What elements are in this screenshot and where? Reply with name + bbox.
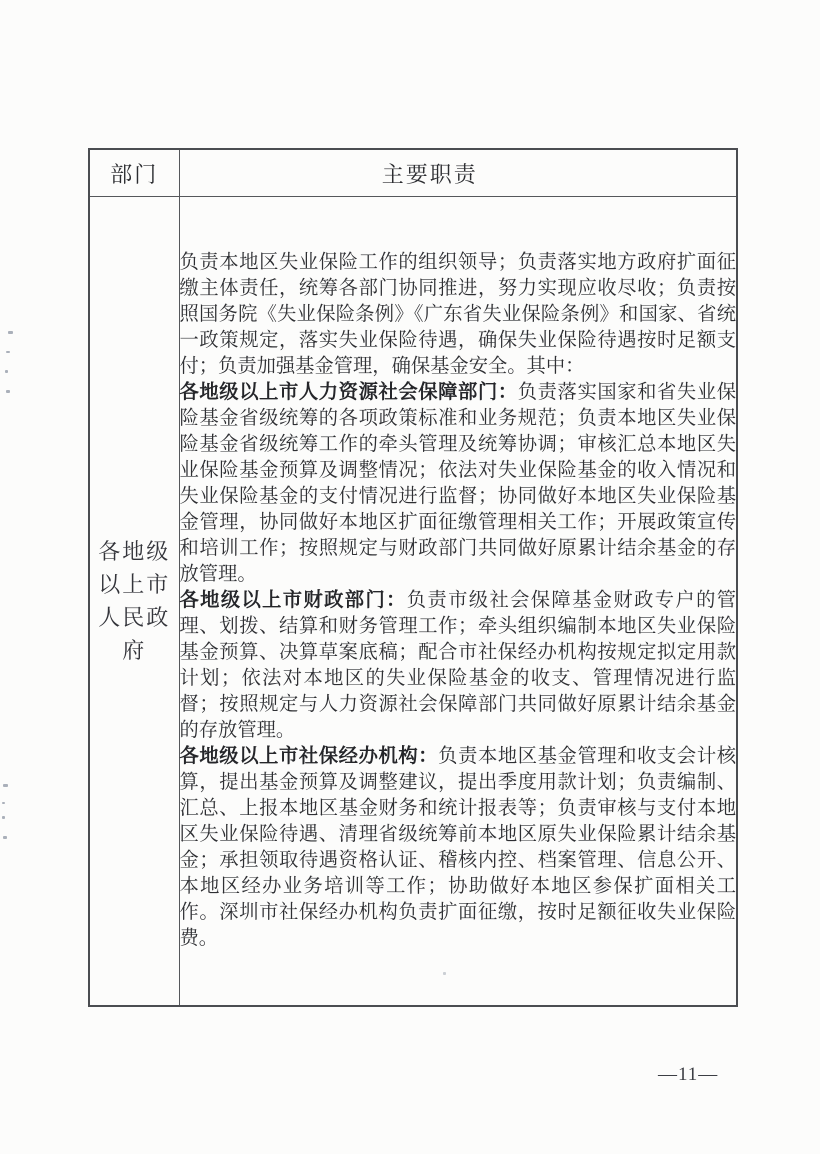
duties-intro-paragraph: 负责本地区失业保险工作的组织领导；负责落实地方政府扩面征缴主体责任，统筹各部门协… — [180, 250, 737, 380]
section-label: 各地级以上市财政部门： — [180, 590, 407, 611]
department-name: 各地级以上市人民政府 — [96, 535, 172, 667]
duty-section-paragraph-hrss: 各地级以上市人力资源社会保障部门：负责落实国家和省失业保险基金省级统筹的各项政策… — [180, 380, 737, 588]
duties-table: 部门 主要职责 各地级以上市人民政府 负责本地区失业保险工作的组织领导；负责落实… — [88, 148, 738, 1007]
section-text: 负责落实国家和省失业保险基金省级统筹的各项政策标准和业务规范；负责本地区失业保险… — [180, 382, 737, 585]
duties-cell: 负责本地区失业保险工作的组织领导；负责落实地方政府扩面征缴主体责任，统筹各部门协… — [179, 197, 737, 1007]
table-row: 各地级以上市人民政府 负责本地区失业保险工作的组织领导；负责落实地方政府扩面征缴… — [89, 197, 737, 1007]
header-duties-label: 主要职责 — [382, 158, 478, 189]
section-label: 各地级以上市社保经办机构： — [180, 746, 439, 767]
header-cell-duties: 主要职责 — [179, 149, 737, 197]
margin-mark — [3, 836, 7, 839]
section-text: 负责市级社会保障基金财政专户的管理、划拨、结算和财务管理工作；牵头组织编制本地区… — [180, 590, 737, 741]
margin-mark — [6, 390, 10, 393]
page-number: —11— — [658, 1064, 718, 1086]
section-label: 各地级以上市人力资源社会保障部门： — [180, 382, 518, 403]
margin-mark — [2, 816, 5, 819]
section-text: 负责本地区基金管理和收支会计核算，提出基金预算及调整建议，提出季度用款计划；负责… — [180, 746, 737, 949]
margin-mark — [3, 784, 8, 787]
margin-mark — [2, 802, 5, 804]
department-cell: 各地级以上市人民政府 — [89, 197, 179, 1007]
margin-mark — [8, 331, 13, 334]
header-department-label: 部门 — [110, 162, 158, 187]
margin-mark — [5, 370, 8, 373]
header-cell-department: 部门 — [89, 149, 179, 197]
duties-text-block: 负责本地区失业保险工作的组织领导；负责落实地方政府扩面征缴主体责任，统筹各部门协… — [180, 250, 737, 952]
margin-mark — [6, 351, 10, 353]
duty-section-paragraph-finance: 各地级以上市财政部门：负责市级社会保障基金财政专户的管理、划拨、结算和财务管理工… — [180, 588, 737, 744]
table-header-row: 部门 主要职责 — [89, 149, 737, 197]
duty-section-paragraph-agency: 各地级以上市社保经办机构：负责本地区基金管理和收支会计核算，提出基金预算及调整建… — [180, 744, 737, 952]
